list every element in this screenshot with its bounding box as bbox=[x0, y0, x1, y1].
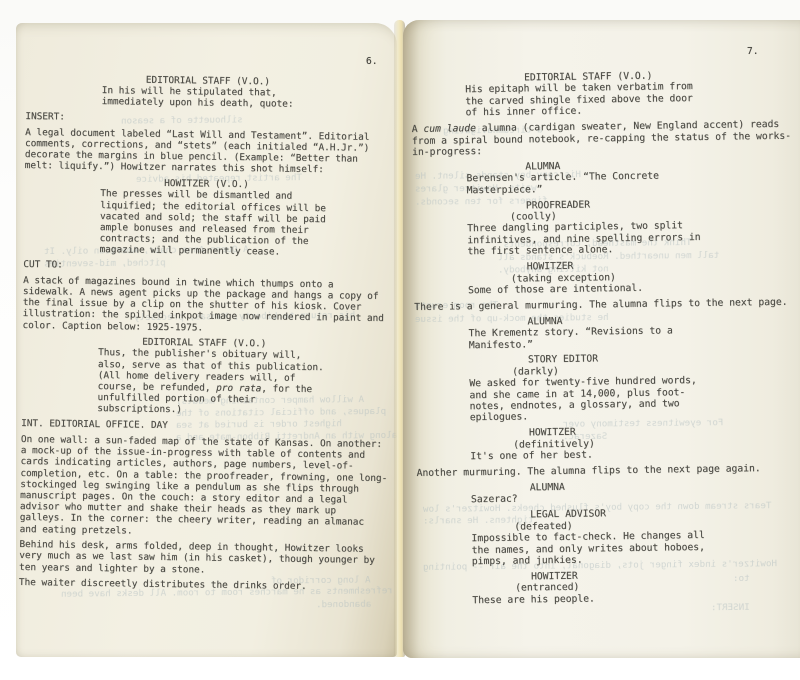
bleedthrough-line: abandoned. bbox=[316, 599, 371, 611]
action-block: A legal document labeled “Last Will and … bbox=[25, 127, 397, 177]
dialogue-block: ALUMNABerensen's article. “The ConcreteM… bbox=[412, 157, 800, 197]
action-line: There is a general murmuring. The alumna… bbox=[414, 296, 800, 313]
action-block: On one wall: a sun-faded map of the stat… bbox=[20, 434, 392, 540]
action-block: CUT TO: bbox=[23, 259, 394, 275]
page-text-column: EDITORIAL STAFF (V.O.)In his will he sti… bbox=[19, 73, 397, 598]
action-block: There is a general murmuring. The alumna… bbox=[414, 296, 800, 313]
script-page-7: 7. a circumnavigatingHis copy boy stands… bbox=[403, 20, 800, 658]
page-text-column: EDITORIAL STAFF (V.O.)His epitaph will b… bbox=[411, 69, 800, 612]
dialogue-block: HOWITZER (V.O.)The presses will be disma… bbox=[23, 176, 395, 260]
action-line: CUT TO: bbox=[23, 259, 394, 275]
action-block: Another murmuring. The alumna flips to t… bbox=[417, 463, 800, 480]
page-number: 6. bbox=[366, 56, 378, 67]
page-number: 7. bbox=[747, 46, 759, 57]
script-page-6: 6. silhouette of a seasonThe artist repe… bbox=[16, 23, 397, 657]
dialogue-block: ALUMNAThe Krementz story. “Revisions to … bbox=[414, 312, 800, 352]
dialogue-block: EDITORIAL STAFF (V.O.)In his will he sti… bbox=[26, 73, 397, 112]
action-block: The waiter discreetly distributes the dr… bbox=[19, 577, 390, 593]
dialogue-block: HOWITZER(taking exception)Some of those … bbox=[414, 258, 800, 298]
action-block: A cum laude alumna (cardigan sweater, Ne… bbox=[412, 119, 800, 159]
book-photo-background: 6. silhouette of a seasonThe artist repe… bbox=[0, 0, 800, 680]
dialogue-block: LEGAL ADVISOR(defeated)Impossible to fac… bbox=[417, 506, 800, 568]
action-block: INSERT: bbox=[25, 111, 396, 127]
action-line: The waiter discreetly distributes the dr… bbox=[19, 577, 390, 593]
dialogue-block: EDITORIAL STAFF (V.O.)His epitaph will b… bbox=[411, 69, 800, 120]
action-block: A stack of magazines bound in twine whic… bbox=[22, 275, 394, 336]
scene-block: INT. EDITORIAL OFFICE. DAY bbox=[21, 418, 392, 434]
dialogue-block: ALUMNASazerac? bbox=[417, 479, 800, 507]
dialogue-block: PROOFREADER(coolly)Three dangling partic… bbox=[413, 196, 800, 258]
scene-heading-line: INT. EDITORIAL OFFICE. DAY bbox=[21, 418, 392, 434]
dialogue-block: HOWITZER(entranced)These are his people. bbox=[418, 567, 800, 607]
action-line: INSERT: bbox=[25, 111, 396, 127]
dialogue-block: STORY EDITOR(darkly)We asked for twenty-… bbox=[415, 351, 800, 425]
dialogue-line: Sazerac? bbox=[471, 490, 800, 506]
dialogue-block: EDITORIAL STAFF (V.O.)Thus, the publishe… bbox=[21, 335, 393, 419]
action-line: Another murmuring. The alumna flips to t… bbox=[417, 463, 800, 480]
dialogue-block: HOWITZER(definitively)It's one of her be… bbox=[416, 424, 800, 464]
action-block: Behind his desk, arms folded, deep in th… bbox=[19, 539, 390, 578]
